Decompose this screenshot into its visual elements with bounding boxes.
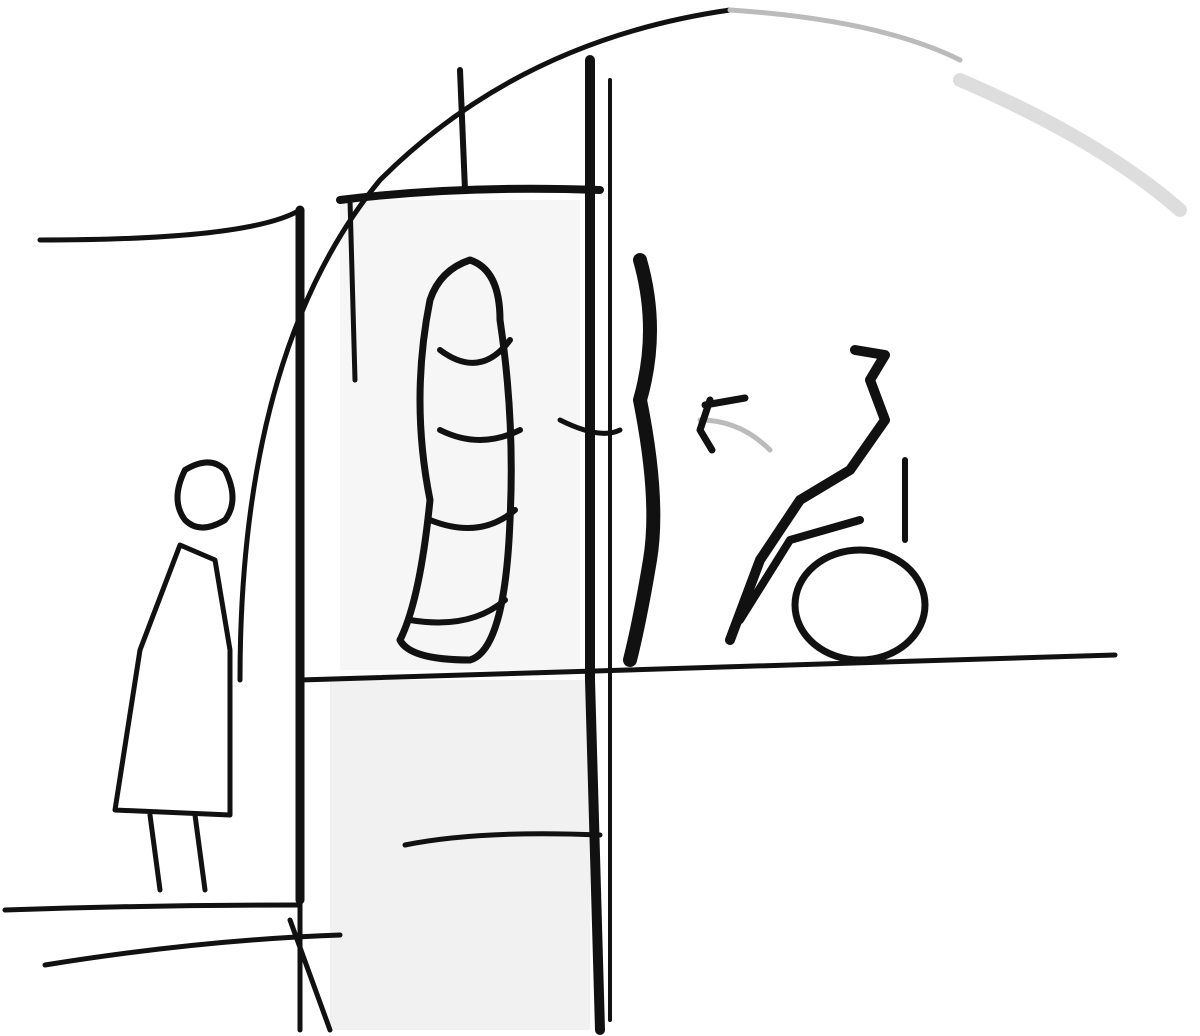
sketch-canvas: Ink sketch of a curved-roof gallery spac… [0,0,1200,1036]
background-shading [330,80,1180,1030]
movement-arrow [700,398,770,450]
standing-person [115,463,233,891]
wheelchair-user [730,350,925,660]
